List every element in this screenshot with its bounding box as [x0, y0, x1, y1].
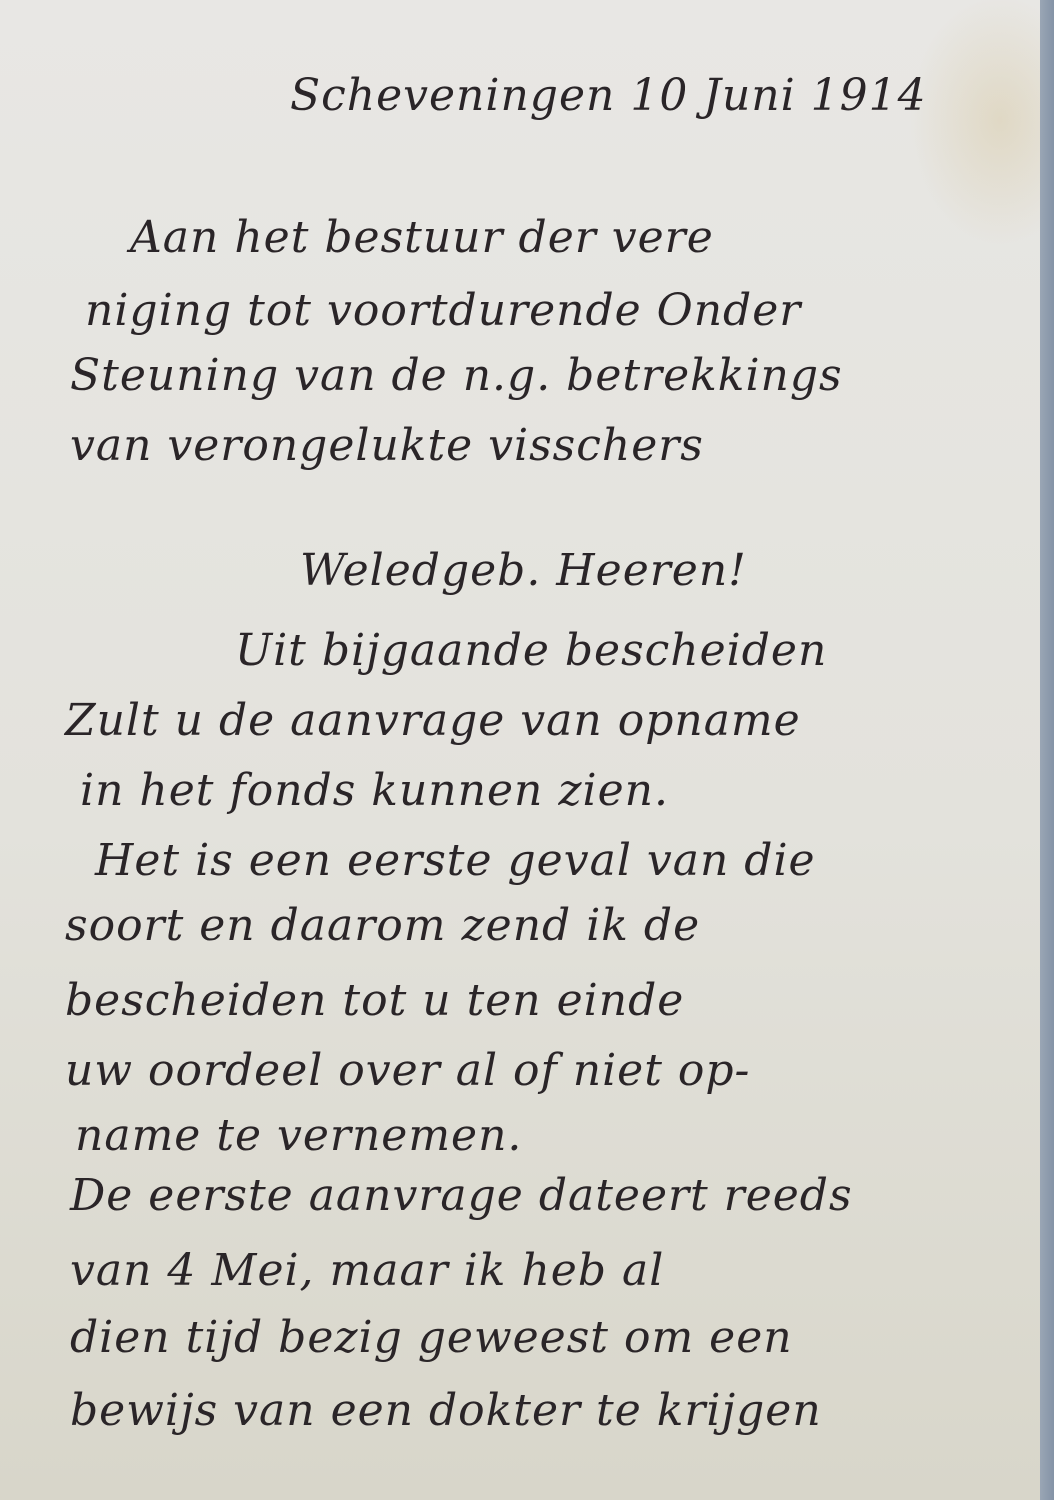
body-line-3: in het fonds kunnen zien. — [80, 765, 669, 816]
page-edge — [1040, 0, 1054, 1500]
body-line-1: Uit bijgaande bescheiden — [235, 625, 827, 676]
body-line-11: dien tijd bezig geweest om een — [70, 1312, 793, 1363]
place-date: Scheveningen 10 Juni 1914 — [290, 70, 927, 121]
body-line-9: De eerste aanvrage dateert reeds — [70, 1170, 853, 1221]
address-line-3: Steuning van de n.g. betrekkings — [70, 350, 843, 401]
body-line-6: bescheiden tot u ten einde — [65, 975, 684, 1026]
body-line-7: uw oordeel over al of niet op- — [65, 1045, 750, 1096]
address-line-1: Aan het bestuur der vere — [130, 212, 714, 263]
body-line-2: Zult u de aanvrage van opname — [65, 695, 801, 746]
body-line-5: soort en daarom zend ik de — [65, 900, 700, 951]
body-line-8: name te vernemen. — [75, 1110, 522, 1161]
body-line-10: van 4 Mei, maar ik heb al — [70, 1245, 664, 1296]
address-line-4: van verongelukte visschers — [70, 420, 704, 471]
body-line-12: bewijs van een dokter te krijgen — [70, 1385, 822, 1436]
address-line-2: niging tot voortdurende Onder — [85, 285, 801, 336]
body-line-4: Het is een eerste geval van die — [95, 835, 816, 886]
salutation: Weledgeb. Heeren! — [300, 545, 747, 596]
letter-page: Scheveningen 10 Juni 1914 Aan het bestuu… — [0, 0, 1040, 1500]
